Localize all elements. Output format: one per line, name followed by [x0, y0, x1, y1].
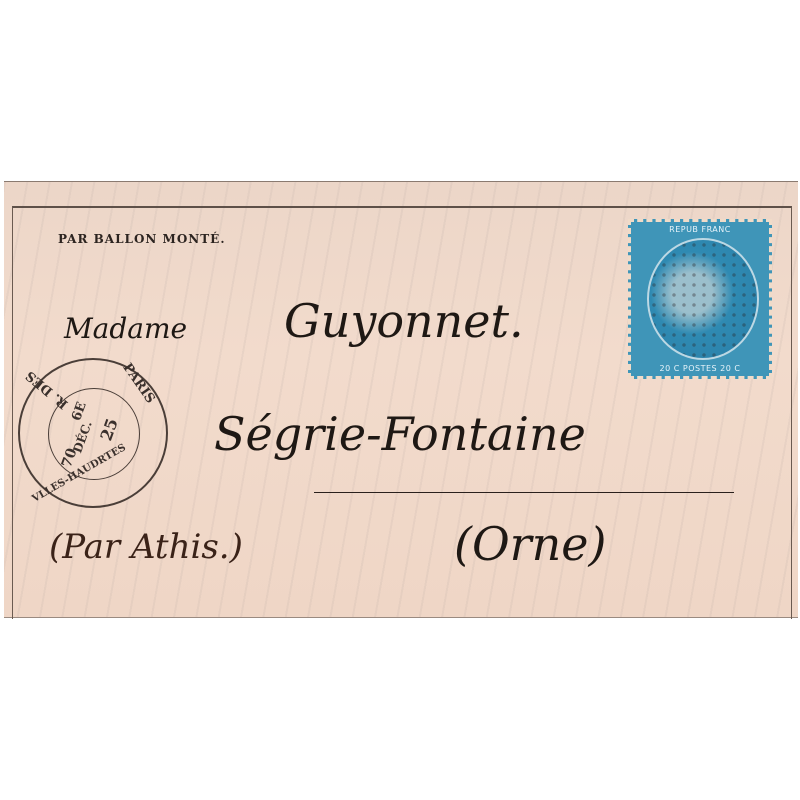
printed-header: PAR BALLON MONTÉ. [58, 232, 226, 246]
stamp-top-text: REPUB FRANC [631, 225, 769, 234]
department: (Orne) [454, 517, 606, 571]
postage-stamp: REPUB FRANC 20 C POSTES 20 C [628, 219, 772, 379]
stamp-bottom-text: 20 C POSTES 20 C [631, 364, 769, 373]
ceres-head-icon [647, 238, 759, 360]
recipient-name: Guyonnet. [284, 294, 524, 348]
salutation: Madame [64, 312, 187, 345]
postmark-street-prefix: R. DES [23, 368, 71, 412]
town: Ségrie-Fontaine [214, 407, 586, 461]
postmark: PARIS R. DES VLLES-HAUDRTES 6E 25 DÉC. 7… [18, 358, 168, 508]
town-underline [314, 492, 734, 493]
routing: (Par Athis.) [49, 527, 243, 567]
star-cancel-icon [649, 240, 757, 358]
